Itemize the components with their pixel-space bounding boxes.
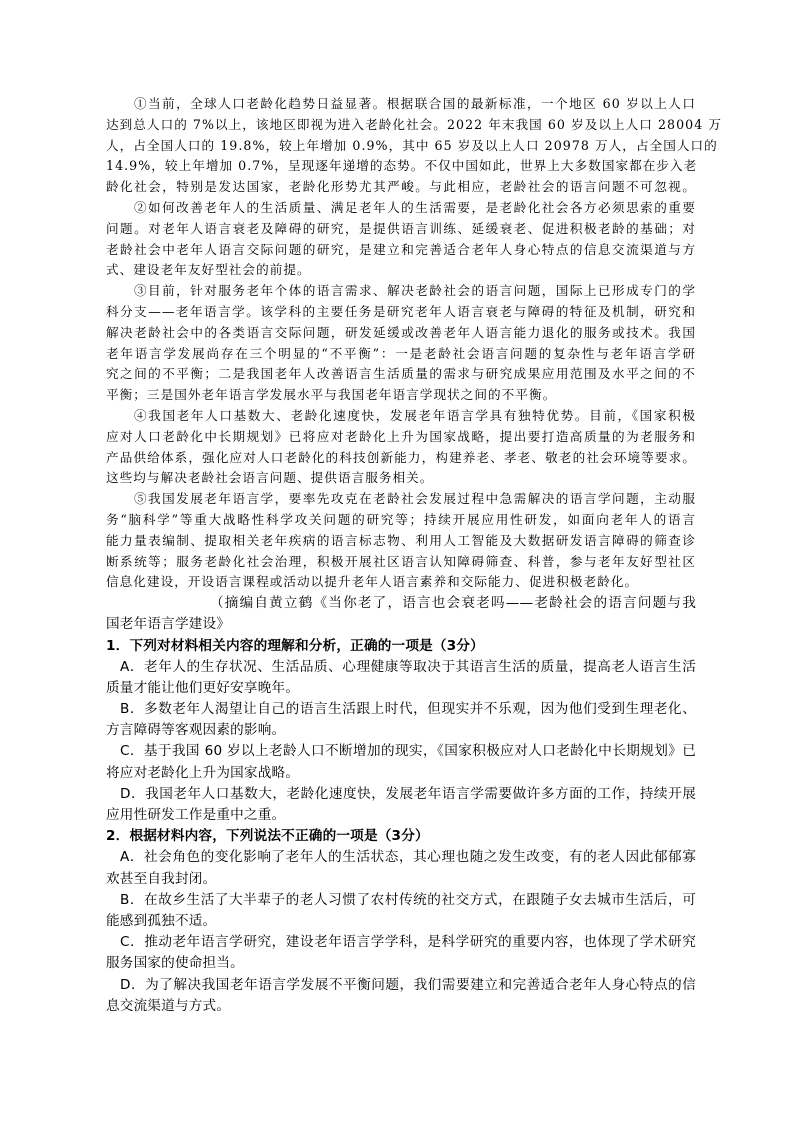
text-line: 能感到孤独不适。	[106, 911, 696, 932]
text-line: 14.9%，较上年增加 0.7%，呈现逐年递增的态势。不仅中国如此，世界上大多数…	[106, 156, 696, 177]
question-stem: 2．根据材料内容，下列说法不正确的一项是（3分）	[106, 826, 696, 847]
text-line: ④我国老年人口基数大、老龄化速度快，发展老年语言学具有独特优势。目前，《国家积极	[106, 406, 696, 427]
option-c[interactable]: C．基于我国 60 岁以上老龄人口不断增加的现实，《国家积极应对人口老龄化中长期…	[106, 741, 696, 783]
option-b[interactable]: B．在故乡生活了大半辈子的老人习惯了农村传统的社交方式，在跟随子女去城市生活后，…	[106, 890, 696, 932]
text-line: 信息化建设，开设语言课程或活动以提升老年人语言素养和交际能力、促进积极老龄化。	[106, 572, 696, 593]
text-line: 质量才能让他们更好安享晚年。	[106, 678, 696, 699]
text-line: 产品供给体系，强化应对人口老龄化的科技创新能力，构建养老、孝老、敬老的社会环境等…	[106, 448, 696, 469]
text-line: C．推动老年语言学研究，建设老年语言学学科，是科学研究的重要内容，也体现了学术研…	[106, 932, 696, 953]
text-line: 究之间的不平衡；二是我国老年人改善语言生活质量的需求与研究成果应用范围及水平之间…	[106, 364, 696, 385]
question-stem: 1．下列对材料相关内容的理解和分析，正确的一项是（3分）	[106, 636, 696, 657]
paragraph-1: ①当前，全球人口老龄化趋势日益显著。根据联合国的最新标准，一个地区 60 岁以上…	[106, 94, 696, 198]
text-line: A．老年人的生存状况、生活品质、心理健康等取决于其语言生活的质量，提高老人语言生…	[106, 657, 696, 678]
paragraph-2: ②如何改善老年人的生活质量、满足老年人的生活需要，是老龄化社会各方必须思索的重要…	[106, 198, 696, 281]
option-d[interactable]: D．为了解决我国老年语言学发展不平衡问题，我们需要建立和完善适合老年人身心特点的…	[106, 975, 696, 1017]
text-line: 老龄社会中老年人语言交际问题的研究，是建立和完善适合老年人身心特点的信息交流渠道…	[106, 240, 696, 261]
option-a[interactable]: A．老年人的生存状况、生活品质、心理健康等取决于其语言生活的质量，提高老人语言生…	[106, 657, 696, 699]
text-line: 将应对老龄化上升为国家战略。	[106, 763, 696, 784]
text-line: 达到总人口的 7%以上，该地区即视为进入老龄化社会。2022 年末我国 60 岁…	[106, 115, 696, 136]
text-line: 科分支——老年语言学。该学科的主要任务是研究老年人语言衰老与障碍的特征及机制，研…	[106, 302, 696, 323]
text-line: 解决老龄社会中的各类语言交际问题，研发延缓或改善老年人语言能力退化的服务或技术。…	[106, 323, 696, 344]
reading-passage: ①当前，全球人口老龄化趋势日益显著。根据联合国的最新标准，一个地区 60 岁以上…	[106, 94, 696, 593]
option-d[interactable]: D．我国老年人口基数大，老龄化速度快，发展老年语言学需要做许多方面的工作，持续开…	[106, 784, 696, 826]
question-2: 2．根据材料内容，下列说法不正确的一项是（3分） A．社会角色的变化影响了老年人…	[106, 826, 696, 1017]
text-line: 龄化社会，特别是发达国家，老龄化形势尤其严峻。与此相应，老龄社会的语言问题不可忽…	[106, 177, 696, 198]
text-line: ②如何改善老年人的生活质量、满足老年人的生活需要，是老龄化社会各方必须思索的重要	[106, 198, 696, 219]
text-line: 问题。对老年人语言衰老及障碍的研究，是提供语言训练、延缓衰老、促进积极老龄的基础…	[106, 219, 696, 240]
text-line: ①当前，全球人口老龄化趋势日益显著。根据联合国的最新标准，一个地区 60 岁以上…	[106, 94, 696, 115]
text-line: ③目前，针对服务老年个体的语言需求、解决老龄社会的语言问题，国际上已形成专门的学	[106, 281, 696, 302]
text-line: 式、建设老年友好型社会的前提。	[106, 260, 696, 281]
text-line: 国老年语言学建设》	[106, 614, 696, 635]
option-b[interactable]: B．多数老年人渴望让自己的语言生活跟上时代，但现实并不乐观，因为他们受到生理老化…	[106, 699, 696, 741]
text-line: 息交流渠道与方式。	[106, 996, 696, 1017]
paragraph-3: ③目前，针对服务老年个体的语言需求、解决老龄社会的语言问题，国际上已形成专门的学…	[106, 281, 696, 406]
text-line: 能力量表编制、提取相关老年疾病的语言标志物、利用人工智能及大数据研发语言障碍的筛…	[106, 531, 696, 552]
text-line: D．为了解决我国老年语言学发展不平衡问题，我们需要建立和完善适合老年人身心特点的…	[106, 975, 696, 996]
text-line: 断系统等；服务老龄化社会治理，积极开展社区语言认知障碍筛查、科普，参与老年友好型…	[106, 552, 696, 573]
text-line: A．社会角色的变化影响了老年人的生活状态，其心理也随之发生改变，有的老人因此郁郁…	[106, 847, 696, 868]
text-line: 方言障碍等客观因素的影响。	[106, 720, 696, 741]
text-line: D．我国老年人口基数大，老龄化速度快，发展老年语言学需要做许多方面的工作，持续开…	[106, 784, 696, 805]
text-line: 服务国家的使命担当。	[106, 953, 696, 974]
exam-page: ①当前，全球人口老龄化趋势日益显著。根据联合国的最新标准，一个地区 60 岁以上…	[106, 94, 696, 1017]
text-line: B．在故乡生活了大半辈子的老人习惯了农村传统的社交方式，在跟随子女去城市生活后，…	[106, 890, 696, 911]
text-line: 老年语言学发展尚存在三个明显的“不平衡”：一是老龄社会语言问题的复杂性与老年语言…	[106, 344, 696, 365]
question-1: 1．下列对材料相关内容的理解和分析，正确的一项是（3分） A．老年人的生存状况、…	[106, 636, 696, 827]
text-line: 人，占全国人口的 19.8%，较上年增加 0.9%，其中 65 岁及以上人口 2…	[106, 136, 696, 157]
paragraph-5: ⑤我国发展老年语言学，要率先攻克在老龄社会发展过程中急需解决的语言学问题，主动服…	[106, 489, 696, 593]
option-a[interactable]: A．社会角色的变化影响了老年人的生活状态，其心理也随之发生改变，有的老人因此郁郁…	[106, 847, 696, 889]
paragraph-4: ④我国老年人口基数大、老龄化速度快，发展老年语言学具有独特优势。目前，《国家积极…	[106, 406, 696, 489]
text-line: ⑤我国发展老年语言学，要率先攻克在老龄社会发展过程中急需解决的语言学问题，主动服	[106, 489, 696, 510]
text-line: 这些均与解决老龄社会语言问题、提供语言服务相关。	[106, 468, 696, 489]
text-line: （摘编自黄立鹤《当你老了，语言也会衰老吗——老龄社会的语言问题与我	[106, 593, 696, 614]
text-line: 欢甚至自我封闭。	[106, 869, 696, 890]
text-line: 应对人口老龄化中长期规划》已将应对老龄化上升为国家战略，提出要打造高质量的为老服…	[106, 427, 696, 448]
text-line: 平衡；三是国外老年语言学发展水平与我国老年语言学现状之间的不平衡。	[106, 385, 696, 406]
questions-section: （摘编自黄立鹤《当你老了，语言也会衰老吗——老龄社会的语言问题与我 国老年语言学…	[106, 593, 696, 1017]
option-c[interactable]: C．推动老年语言学研究，建设老年语言学学科，是科学研究的重要内容，也体现了学术研…	[106, 932, 696, 974]
text-line: B．多数老年人渴望让自己的语言生活跟上时代，但现实并不乐观，因为他们受到生理老化…	[106, 699, 696, 720]
text-line: C．基于我国 60 岁以上老龄人口不断增加的现实，《国家积极应对人口老龄化中长期…	[106, 741, 696, 762]
text-line: 务“脑科学”等重大战略性科学攻关问题的研究等；持续开展应用性研发，如面向老年人的…	[106, 510, 696, 531]
text-line: 应用性研发工作是重中之重。	[106, 805, 696, 826]
source-citation: （摘编自黄立鹤《当你老了，语言也会衰老吗——老龄社会的语言问题与我 国老年语言学…	[106, 593, 696, 635]
